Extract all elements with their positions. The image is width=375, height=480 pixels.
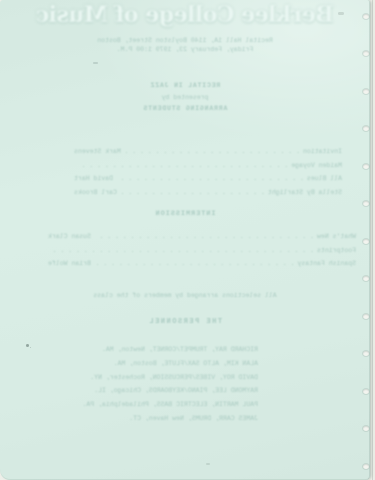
scan-speck	[93, 62, 98, 64]
program-row: All Blues . . . . . . . . . . . . . . . …	[74, 174, 342, 183]
punch-hole	[363, 89, 369, 94]
punch-hole	[363, 276, 369, 281]
song-title: Footprints	[317, 246, 356, 255]
dot-leader: . . . . . . . . . . . . . . . . . . . . …	[120, 188, 265, 197]
ghost-personnel-heading: THE PERSONNEL	[0, 318, 370, 327]
punch-hole	[363, 426, 369, 431]
performer-name: David Hart	[74, 174, 113, 183]
ghost-program-part1: Invitation . . . . . . . . . . . . . . .…	[74, 147, 342, 201]
ghost-masthead-address: Recital Hall 1A, 1140 Boylston Street, B…	[0, 36, 370, 54]
scan-speck	[26, 344, 29, 347]
paper-edge-shadow-line	[372, 0, 373, 480]
personnel-entry: RICHARD RAY, TRUMPET/CORNET, Newton, MA.	[82, 343, 258, 357]
show-through-ghost-text: Berklee College of Music Recital Hall 1A…	[0, 0, 370, 480]
dot-leader: . . . . . . . . . . . . . . . . . . . . …	[94, 259, 295, 268]
dot-leader: . . . . . . . . . . . . . . . . . . . . …	[124, 147, 300, 156]
personnel-entry: PAUL MARTIN, ELECTRIC BASS, Philadelphia…	[82, 398, 258, 412]
performer-name: Susan Clark	[48, 232, 91, 241]
punch-hole	[363, 164, 369, 169]
ghost-personnel-list: RICHARD RAY, TRUMPET/CORNET, Newton, MA.…	[82, 343, 258, 426]
song-title: Spanish Fantasy	[297, 259, 356, 268]
ghost-arranger-note: All selections arranged by members of th…	[0, 291, 370, 300]
song-title: Stella By Starlight	[268, 188, 342, 197]
personnel-entry: ALAN KIM, ALTO SAX/FLUTE, Boston, MA.	[82, 357, 258, 371]
punch-hole	[363, 201, 369, 206]
punch-hole	[363, 126, 369, 131]
ghost-recital-title-block: RECITAL IN JAZZ presented by ARRANGING S…	[0, 80, 370, 115]
ghost-recital-line3: ARRANGING STUDENTS	[0, 103, 370, 115]
performer-name: Mark Stevens	[74, 147, 121, 156]
personnel-entry: JAMES CARR, DRUMS, New Haven, CT.	[82, 412, 258, 426]
ghost-intermission-heading: INTERMISSION	[0, 210, 370, 219]
program-row: What's New . . . . . . . . . . . . . . .…	[48, 232, 356, 241]
punch-hole	[363, 14, 369, 19]
performer-name: Brian Wolfe	[48, 259, 91, 268]
punch-hole	[363, 314, 369, 319]
punch-hole	[363, 351, 369, 356]
performer-name: Carl Brooks	[74, 188, 117, 197]
program-row: Spanish Fantasy . . . . . . . . . . . . …	[48, 259, 356, 268]
ghost-recital-line1: RECITAL IN JAZZ	[0, 80, 370, 92]
dot-leader: . . . . . . . . . . . . . . . . . . . . …	[116, 174, 304, 183]
song-title: What's New	[317, 232, 356, 241]
punch-hole	[363, 239, 369, 244]
ghost-masthead-title: Berklee College of Music	[0, 2, 370, 28]
punch-hole	[363, 51, 369, 56]
ghost-program-part2: What's New . . . . . . . . . . . . . . .…	[48, 232, 356, 273]
scan-speck	[338, 12, 344, 15]
ghost-address-line1: Recital Hall 1A, 1140 Boylston Street, B…	[0, 36, 370, 45]
dot-leader: . . . . . . . . . . . . . . . . . . . . …	[51, 246, 314, 255]
dot-leader: . . . . . . . . . . . . . . . . . . . . …	[94, 232, 314, 241]
punch-hole	[363, 389, 369, 394]
program-row: Invitation . . . . . . . . . . . . . . .…	[74, 147, 342, 156]
program-row: Stella By Starlight . . . . . . . . . . …	[74, 188, 342, 197]
song-title: Maiden Voyage	[291, 161, 342, 170]
program-row: Maiden Voyage . . . . . . . . . . . . . …	[74, 161, 342, 170]
punch-hole	[363, 464, 369, 469]
ghost-address-line2: Friday, February 23, 1979 1:00 P.M.	[0, 45, 370, 54]
dot-leader: . . . . . . . . . . . . . . . . . . . . …	[77, 161, 288, 170]
song-title: Invitation	[303, 147, 342, 156]
program-row: Footprints . . . . . . . . . . . . . . .…	[48, 246, 356, 255]
song-title: All Blues	[307, 174, 342, 183]
green-paper-sheet: Berklee College of Music Recital Hall 1A…	[0, 0, 370, 480]
personnel-entry: DAVID ROY, VIBES/PERCUSSION, Rochester, …	[82, 371, 258, 385]
scan-speck	[206, 463, 210, 465]
personnel-entry: RAYMOND LEE, PIANO/KEYBOARDS, Chicago, I…	[82, 384, 258, 398]
ghost-recital-line2: presented by	[0, 92, 370, 104]
